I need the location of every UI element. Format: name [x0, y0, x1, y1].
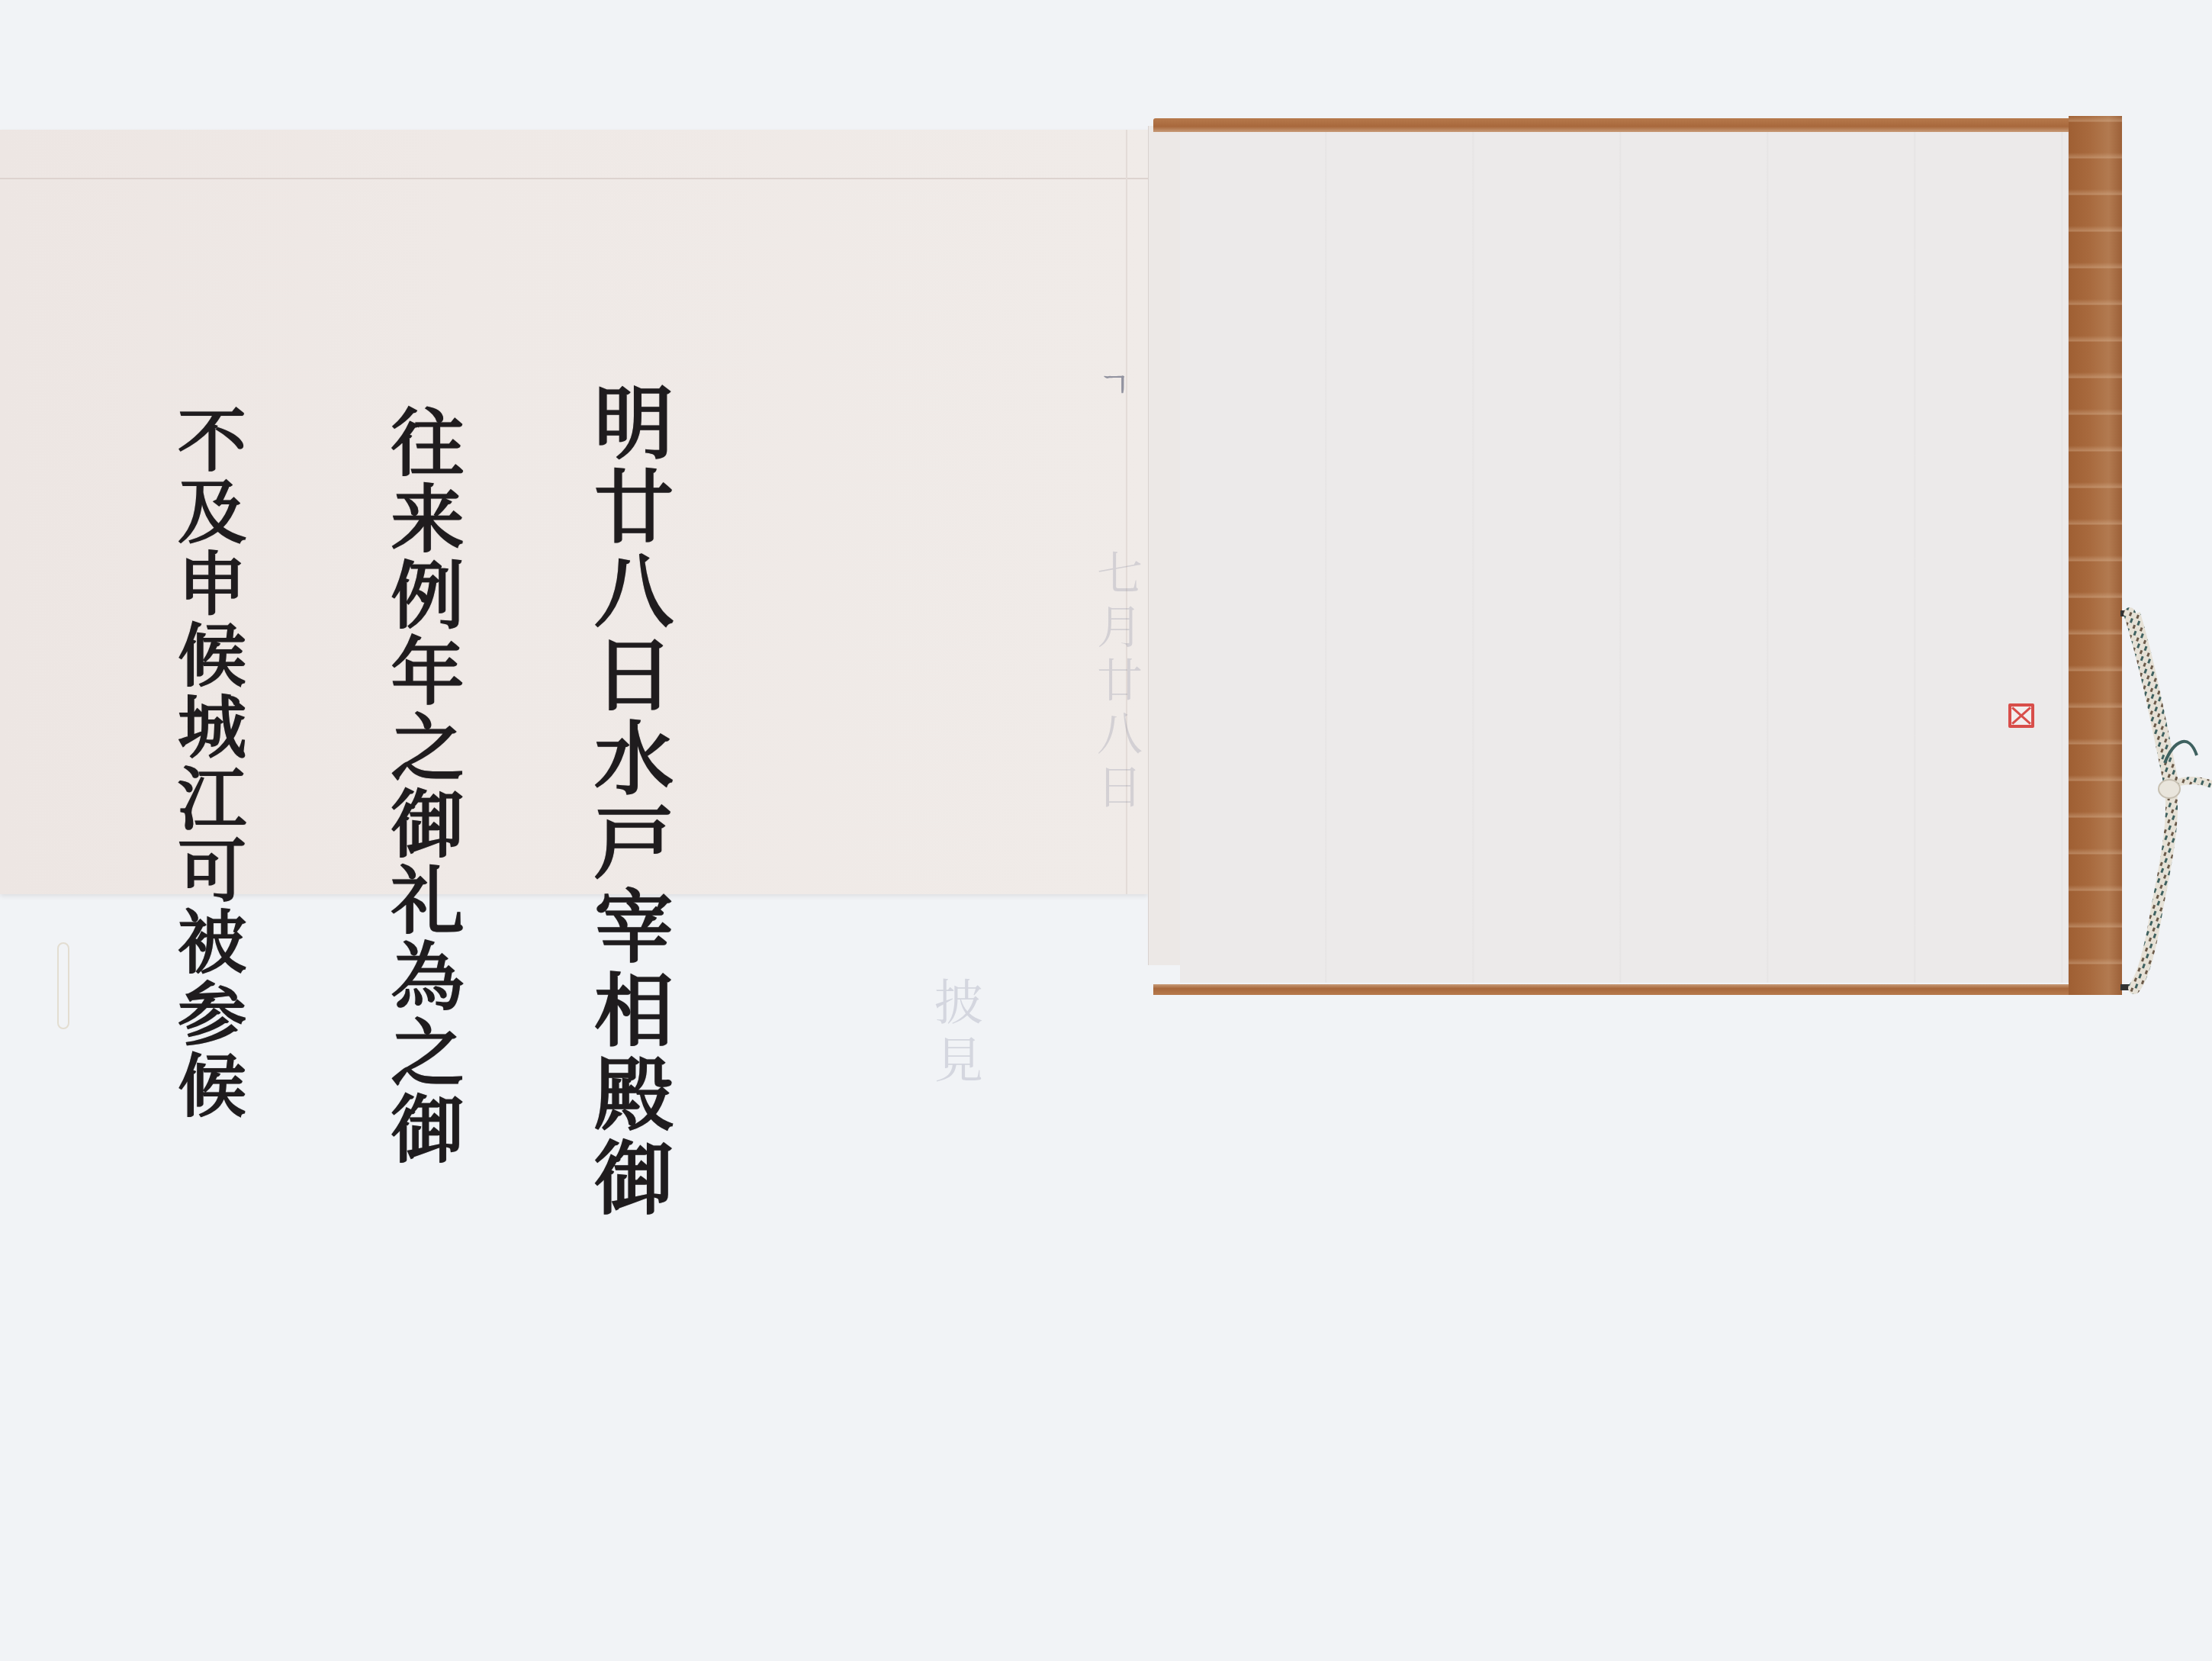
calligraphy-column-3: 不及申候城江可被参候 — [172, 404, 240, 1122]
handscroll: 明廿八日水戸宰相殿御 往来例年之御礼為之御 不及申候城江可被参候 ㄱ 七月廿八日… — [0, 0, 2212, 1661]
show-through-text-2: 披見 — [919, 977, 989, 1093]
silk-border-bottom — [1153, 984, 2122, 995]
show-through-text-1: 七月廿八日 — [1083, 549, 1149, 816]
silk-border-top — [1153, 118, 2122, 132]
sheet-top-band — [0, 130, 1148, 179]
calligraphy-column-2: 往来例年之御礼為之御 — [385, 404, 458, 1167]
paper-stain — [57, 942, 69, 1029]
mounting-paper — [1180, 128, 2072, 983]
scroll-roller-edge — [2069, 116, 2122, 995]
tie-cord-icon[interactable] — [2120, 603, 2212, 999]
mounting-joint-strip — [1148, 126, 1181, 965]
calligraphy-column-1: 明廿八日水戸宰相殿御 — [587, 381, 667, 1221]
seal-stamp-icon — [2008, 703, 2034, 728]
ink-mark: ㄱ — [1087, 366, 1137, 401]
